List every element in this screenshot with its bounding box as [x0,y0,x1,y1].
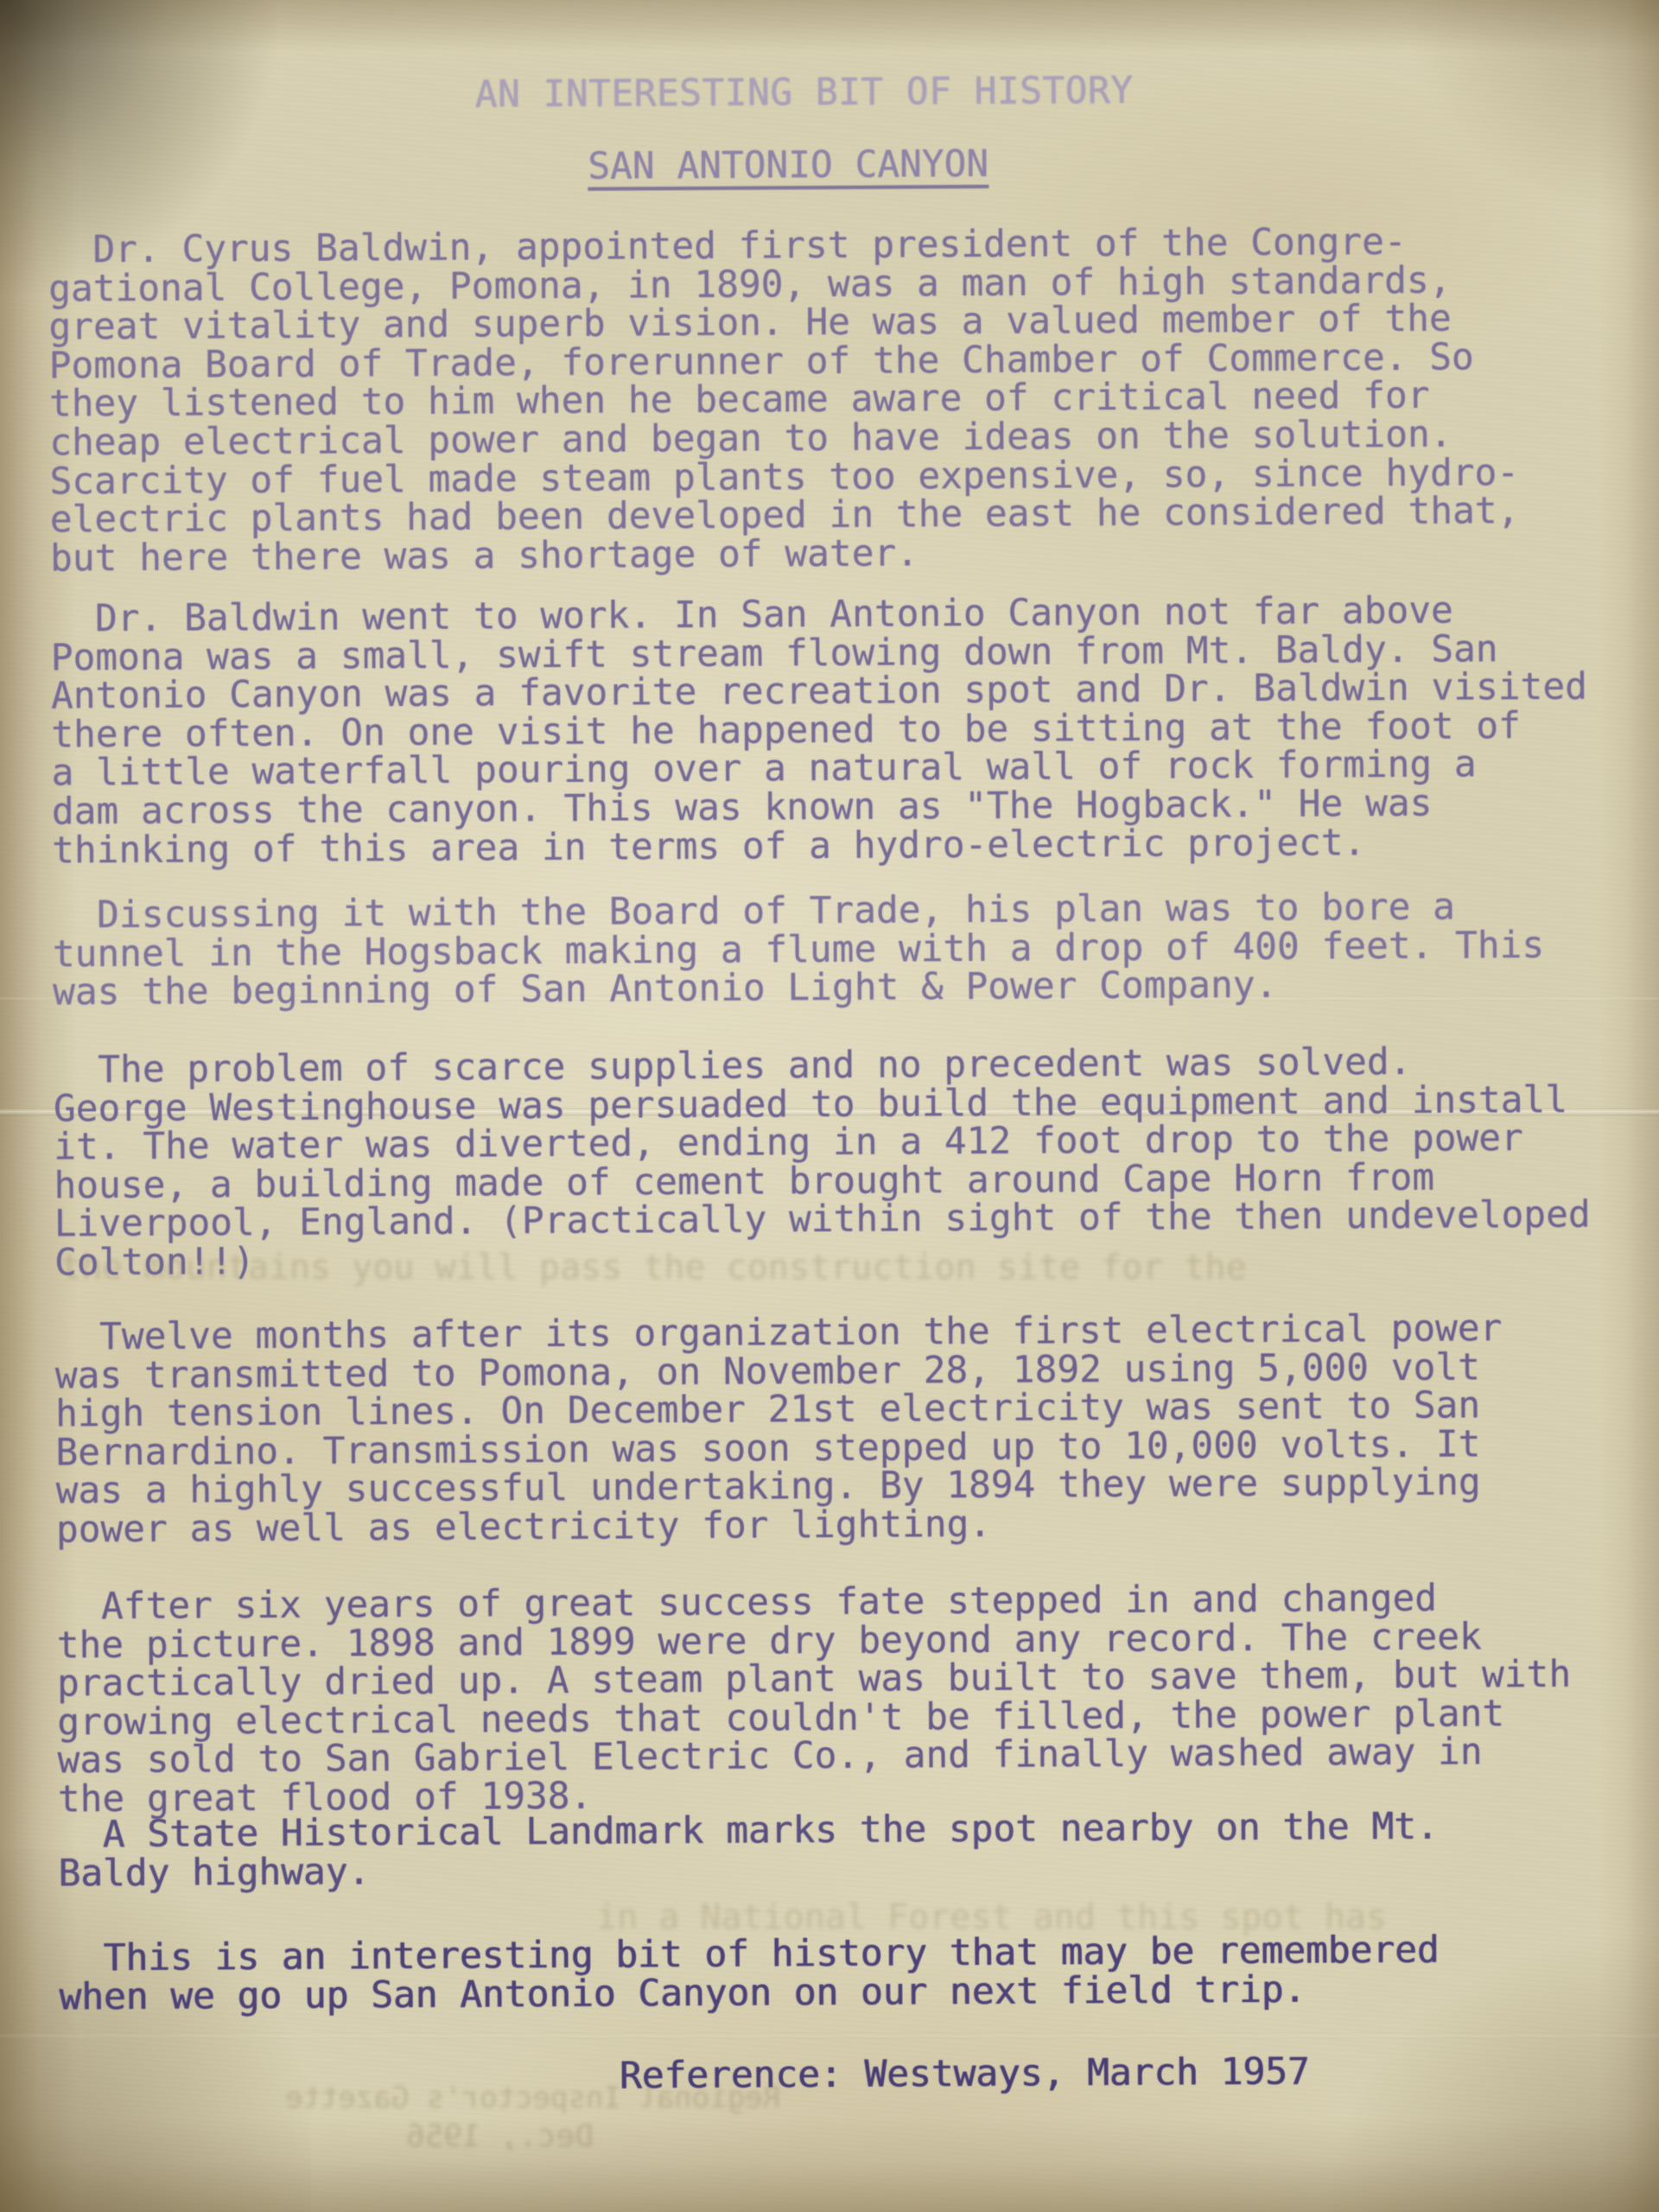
paragraph-8: This is an interesting bit of history th… [59,1931,1440,2017]
paragraph-7: A State Historical Landmark marks the sp… [58,1808,1439,1893]
reference-line: Reference: Westways, March 1957 [620,2053,1310,2095]
paragraph-3: Discussing it with the Board of Trade, h… [53,887,1545,1012]
paragraph-6: After six years of great success fate st… [56,1579,1572,1819]
paragraph-5: Twelve months after its organization the… [54,1309,1503,1549]
paragraph-1: Dr. Cyrus Baldwin, appointed first presi… [48,222,1520,578]
paragraph-4: The problem of scarce supplies and no pr… [54,1042,1591,1282]
document-subtitle: SAN ANTONIO CANYON [588,145,988,186]
paragraph-2: Dr. Baldwin went to work. In San Antonio… [50,591,1588,870]
typed-text-layer: AN INTERESTING BIT OF HISTORY SAN ANTONI… [0,0,1659,2212]
paper-page: the mountains you will pass the construc… [0,0,1659,2212]
document-title: AN INTERESTING BIT OF HISTORY [475,72,1134,114]
